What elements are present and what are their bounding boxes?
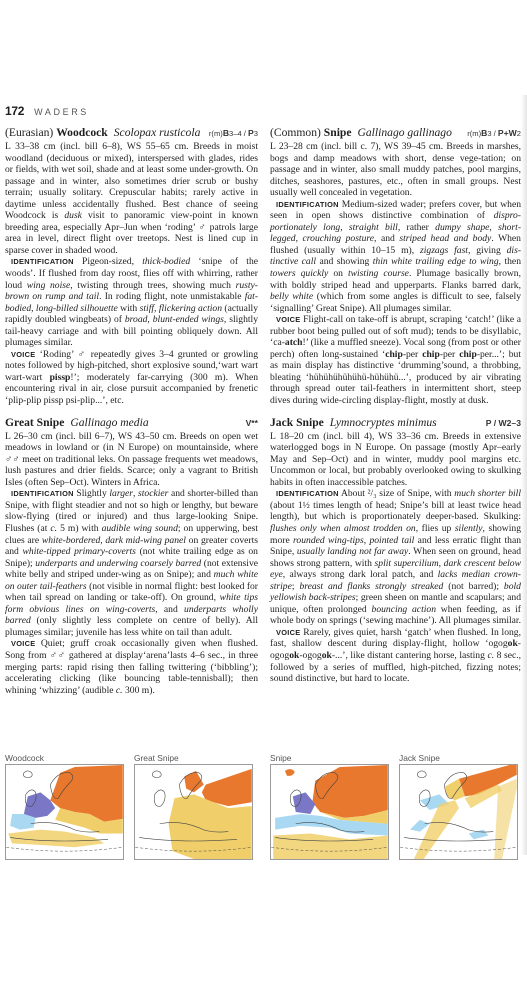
map-caption: Woodcock (5, 752, 124, 764)
scientific-name: Gallinago media (70, 416, 148, 429)
voice-paragraph: VOICE Quiet; gruff croak occasionally gi… (5, 638, 258, 696)
identification-paragraph: IDENTIFICATION About ²/₃ size of Snipe, … (270, 488, 521, 627)
range-map-woodcock (5, 764, 124, 860)
species-intro: L 18–20 cm (incl. bill 4), WS 33–36 cm. … (270, 431, 521, 489)
identification-label: IDENTIFICATION (11, 489, 74, 498)
species-heading: Great Snipe Gallinago media V** (5, 416, 258, 430)
voice-label: VOICE (276, 628, 301, 637)
map-caption: Snipe (270, 752, 389, 764)
species-entry-great-snipe: Great Snipe Gallinago media V** L 26–30 … (5, 416, 258, 697)
right-column: (Common) Snipe Gallinago gallinago r(m)B… (270, 126, 521, 694)
species-heading: (Eurasian) Woodcock Scolopax rusticola r… (5, 126, 258, 140)
common-name: Great Snipe (5, 416, 64, 429)
scientific-name: Scolopax rusticola (114, 126, 201, 139)
common-name: Jack Snipe (270, 416, 324, 429)
species-entry-woodcock: (Eurasian) Woodcock Scolopax rusticola r… (5, 126, 258, 407)
species-intro: L 23–28 cm (incl. bill c. 7), WS 39–45 c… (270, 141, 521, 199)
distribution-maps: Woodcock Great Snipe Snipe (5, 752, 522, 862)
common-name: (Common) Snipe (270, 126, 352, 139)
common-name: (Eurasian) Woodcock (5, 126, 108, 139)
identification-paragraph: IDENTIFICATION Pigeon-sized, thick-bodie… (5, 256, 258, 348)
identification-paragraph: IDENTIFICATION Medium-sized wader; prefe… (270, 199, 521, 314)
map-snipe: Snipe (270, 752, 389, 860)
range-map-jack-snipe (399, 764, 518, 860)
map-great-snipe: Great Snipe (134, 752, 253, 860)
scientific-name: Lymnocryptes minimus (330, 416, 437, 429)
species-heading: Jack Snipe Lymnocryptes minimus P / W2–3 (270, 416, 521, 430)
running-header: 172 WADERS (5, 104, 89, 118)
book-spine-shadow (521, 95, 527, 855)
voice-label: VOICE (11, 350, 36, 359)
section-title: WADERS (34, 107, 89, 117)
map-woodcock: Woodcock (5, 752, 124, 860)
status-code: r(m)B3 / P+W2 (467, 127, 521, 140)
identification-paragraph: IDENTIFICATION Slightly larger, stockier… (5, 488, 258, 638)
range-map-great-snipe (134, 764, 253, 860)
species-entry-snipe: (Common) Snipe Gallinago gallinago r(m)B… (270, 126, 521, 407)
species-intro: L 33–38 cm (incl. bill 6–8), WS 55–65 cm… (5, 141, 258, 256)
voice-paragraph: VOICE Rarely, gives quiet, harsh ‘gatch’… (270, 627, 521, 685)
map-jack-snipe: Jack Snipe (399, 752, 518, 860)
voice-label: VOICE (11, 639, 36, 648)
page-number: 172 (5, 104, 24, 118)
voice-paragraph: VOICE ‘Roding’ ♂ repeatedly gives 3–4 gr… (5, 349, 258, 407)
voice-paragraph: VOICE Flight-call on take-off is abrupt,… (270, 314, 521, 406)
range-map-snipe (270, 764, 389, 860)
status-code: P / W2–3 (486, 417, 521, 430)
identification-label: IDENTIFICATION (276, 489, 339, 498)
status-code: r(m)B3–4 / P3 (209, 127, 258, 140)
identification-label: IDENTIFICATION (276, 200, 339, 209)
map-caption: Great Snipe (134, 752, 253, 764)
voice-label: VOICE (276, 315, 301, 324)
species-heading: (Common) Snipe Gallinago gallinago r(m)B… (270, 126, 521, 140)
scientific-name: Gallinago gallinago (358, 126, 452, 139)
map-caption: Jack Snipe (399, 752, 518, 764)
species-entry-jack-snipe: Jack Snipe Lymnocryptes minimus P / W2–3… (270, 416, 521, 685)
species-intro: L 26–30 cm (incl. bill 6–7), WS 43–50 cm… (5, 431, 258, 489)
identification-label: IDENTIFICATION (11, 257, 74, 266)
left-column: (Eurasian) Woodcock Scolopax rusticola r… (5, 126, 258, 705)
status-code: V** (246, 417, 258, 430)
